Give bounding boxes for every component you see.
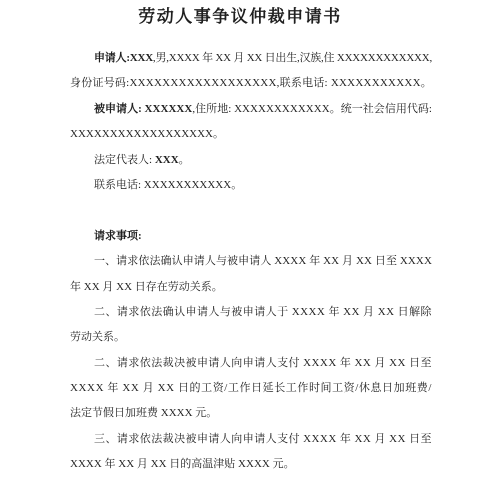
contact-phone-line: 联系电话: XXXXXXXXXXX。 [70, 173, 432, 198]
respondent-label-and-name: 被申请人: XXXXXX [94, 103, 192, 115]
claim-item-4-line-1: 三、请求依法裁决被申请人向申请人支付 XXXX 年 XX 月 XX 日至 [70, 427, 432, 452]
legal-representative-period: 。 [179, 154, 190, 166]
claim-item-4-line-2: XXXX 年 XX 月 XX 日的高温津贴 XXXX 元。 [70, 452, 432, 477]
respondent-line-2: XXXXXXXXXXXXXXXXXX。 [70, 122, 432, 147]
claim-item-1-line-1: 一、请求依法确认申请人与被申请人 XXXX 年 XX 月 XX 日至 XXXX [70, 249, 432, 274]
claim-item-3-line-1: 二、请求依法裁决被申请人向申请人支付 XXXX 年 XX 月 XX 日至 [70, 351, 432, 376]
respondent-details-part1: ,住所地: XXXXXXXXXXXX。统一社会信用代码: [192, 103, 432, 115]
blank-line [70, 198, 432, 223]
applicant-line-1: 申请人:XXX,男,XXXX 年 XX 月 XX 日出生,汉族,住 XXXXXX… [70, 46, 432, 71]
claim-item-2-line-2: 劳动关系。 [70, 325, 432, 350]
legal-representative-label: 法定代表人: [94, 154, 155, 166]
respondent-line-1: 被申请人: XXXXXX,住所地: XXXXXXXXXXXX。统一社会信用代码: [70, 97, 432, 122]
applicant-line-2: 身份证号码:XXXXXXXXXXXXXXXXXX,联系电话: XXXXXXXXX… [70, 71, 432, 96]
claim-item-2-line-1: 二、请求依法确认申请人与被申请人于 XXXX 年 XX 月 XX 日解除 [70, 300, 432, 325]
document-title: 劳动人事争议仲裁申请书 [0, 0, 480, 29]
claim-item-1-line-2: 年 XX 月 XX 日存在劳动关系。 [70, 275, 432, 300]
applicant-details-part1: ,男,XXXX 年 XX 月 XX 日出生,汉族,住 XXXXXXXXXXXX, [153, 52, 432, 64]
claims-heading: 请求事项: [70, 224, 432, 249]
legal-representative-line: 法定代表人: XXX。 [70, 148, 432, 173]
claims-heading-text: 请求事项: [94, 230, 142, 242]
applicant-label-and-name: 申请人:XXX [94, 52, 153, 64]
document-body: 申请人:XXX,男,XXXX 年 XX 月 XX 日出生,汉族,住 XXXXXX… [70, 46, 432, 478]
claim-item-3-line-3: 法定节假日加班费 XXXX 元。 [70, 401, 432, 426]
claim-item-3-line-2: XXXX 年 XX 月 XX 日的工资/工作日延长工作时间工资/休息日加班费/ [70, 376, 432, 401]
arbitration-application-document: 劳动人事争议仲裁申请书 申请人:XXX,男,XXXX 年 XX 月 XX 日出生… [0, 0, 480, 480]
legal-representative-name: XXX [155, 154, 179, 166]
